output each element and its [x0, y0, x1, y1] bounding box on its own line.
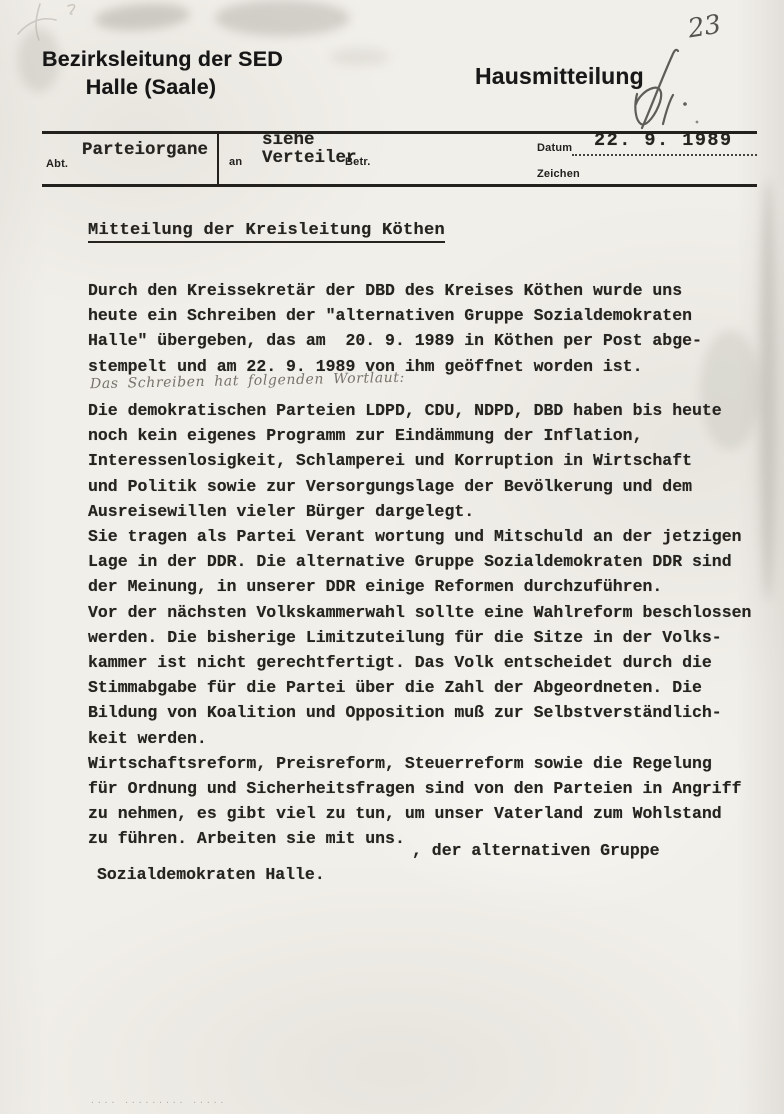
footer-imprint: ···· ········· ····· — [90, 1098, 226, 1107]
form-datum-label: Datum — [537, 142, 572, 154]
memo-paragraph-1: Durch den Kreissekretär der DBD des Krei… — [88, 278, 702, 379]
form-datum-value: 22. 9. 1989 — [594, 130, 733, 151]
org-name-line1: Bezirksleitung der SED — [42, 47, 283, 72]
form-an-label: an — [229, 156, 242, 168]
memo-paragraph-2: Die demokratischen Parteien LDPD, CDU, N… — [88, 398, 751, 852]
form-an-value-line2: Verteiler — [262, 149, 357, 167]
scan-streak — [760, 180, 776, 600]
form-zeichen-label: Zeichen — [537, 168, 580, 180]
handwritten-page-number: 23 — [686, 10, 723, 45]
memo-title: Mitteilung der Kreisleitung Köthen — [88, 221, 445, 243]
memo-signoff-org: Sozialdemokraten Halle. — [97, 862, 325, 887]
doc-type-title: Hausmitteilung — [475, 63, 644, 90]
form-abt-label: Abt. — [46, 158, 68, 170]
form-an-value-line1: siehe — [262, 131, 315, 149]
scanned-document-page: Bezirksleitung der SED Halle (Saale) Hau… — [0, 0, 784, 1114]
org-name-line2: Halle (Saale) — [42, 75, 260, 100]
form-betr-label: Betr. — [345, 156, 370, 168]
form-rule-bottom — [42, 184, 757, 187]
form-abt-value: Parteiorgane — [82, 140, 208, 160]
scan-smudge — [330, 48, 390, 66]
memo-signoff-fragment: , der alternativen Gruppe — [412, 838, 660, 863]
handwritten-signature — [625, 42, 725, 134]
scan-smudge — [215, 0, 350, 36]
form-divider-vertical — [217, 131, 219, 186]
